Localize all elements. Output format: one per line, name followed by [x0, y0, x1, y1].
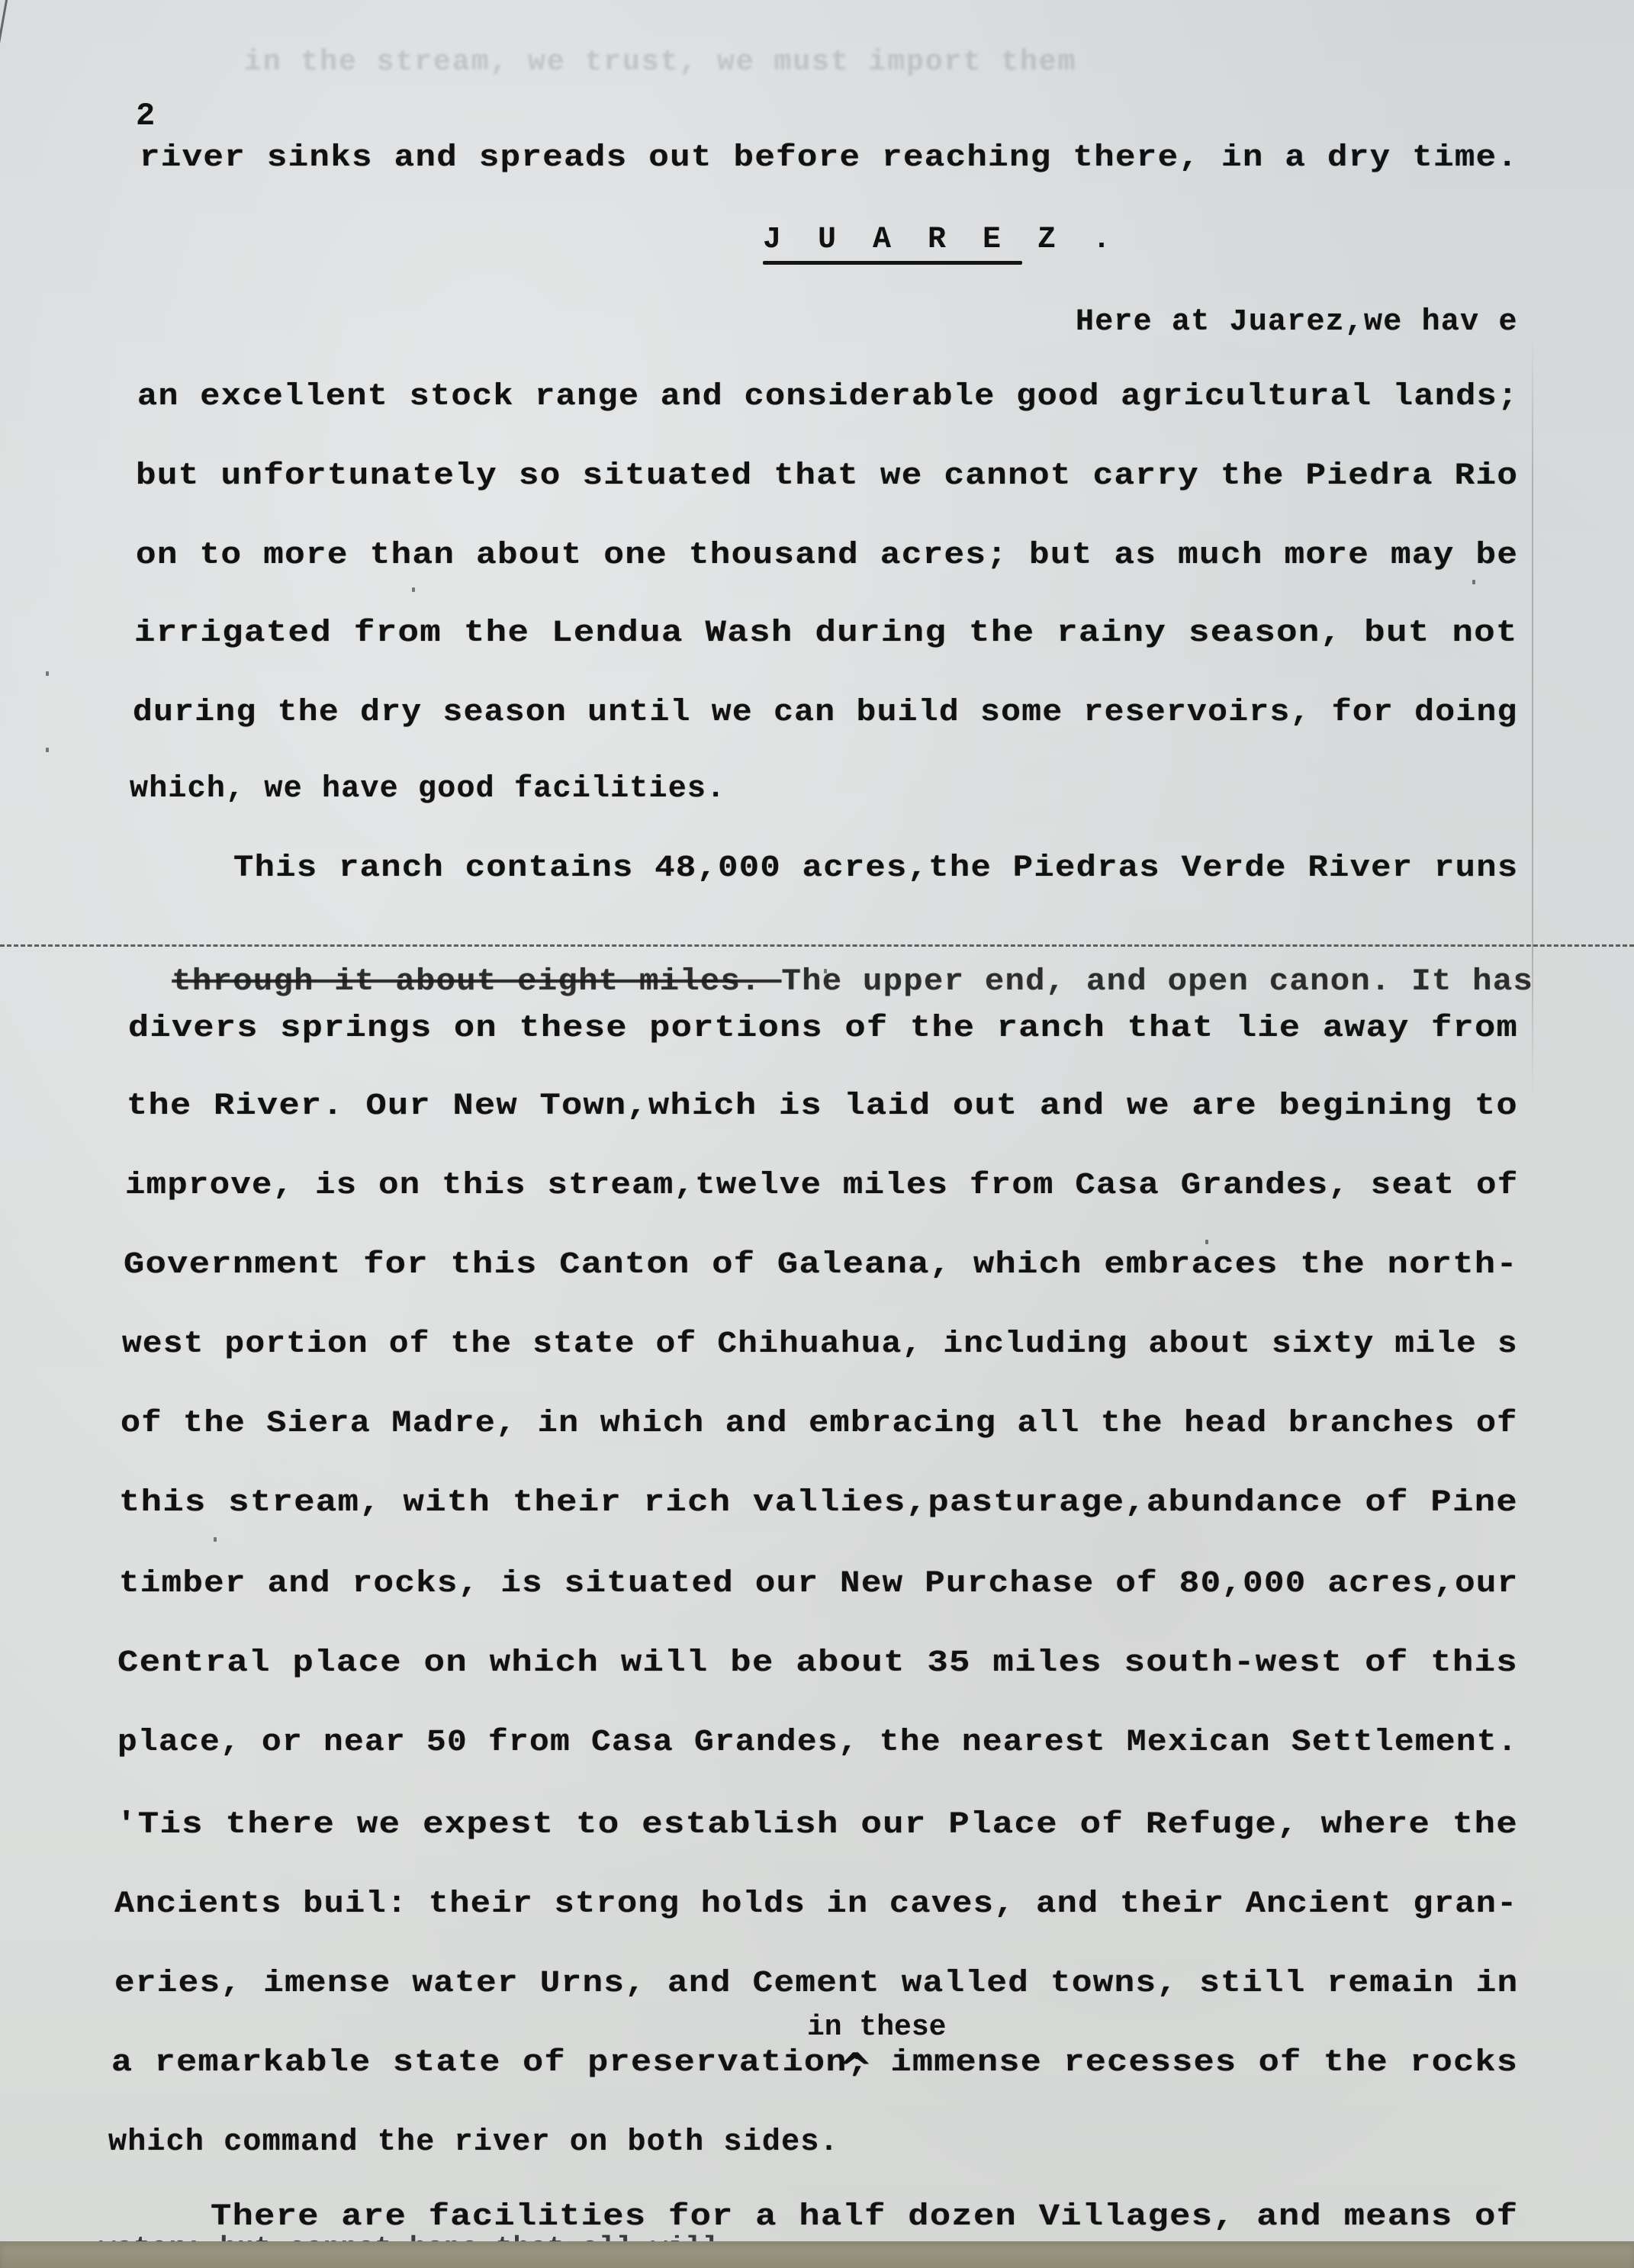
text-line: irrigated from the Lendua Wash during th… — [134, 616, 1518, 651]
text-line: river sinks and spreads out before reach… — [140, 141, 1518, 175]
bleed-through-text: in the stream, we trust, we must import … — [244, 46, 1076, 79]
text-line: 'Tis there we expest to establish our Pl… — [116, 1808, 1518, 1842]
ink-speck — [824, 969, 827, 973]
text-line: during the dry season until we can build… — [133, 696, 1518, 730]
text-line: Central place on which will be about 35 … — [117, 1646, 1518, 1681]
text-line: place, or near 50 from Casa Grandes, the… — [117, 1726, 1518, 1760]
text-line: west portion of the state of Chihuahua, … — [122, 1327, 1518, 1362]
text-line: which, we have good facilities. — [130, 772, 725, 806]
text-line: this stream, with their rich vallies,pas… — [119, 1486, 1518, 1520]
text-line: on to more than about one thousand acres… — [136, 539, 1518, 573]
struck-text-line: through it about eight miles. The upper … — [131, 931, 1533, 999]
text-line: This ranch contains 48,000 acres,the Pie… — [233, 851, 1518, 886]
page-number: 2 — [136, 98, 155, 134]
text-line: of the Siera Madre, in which and embraci… — [121, 1407, 1518, 1441]
text-line: Here at Juarez,we hav e — [1076, 305, 1518, 339]
text-line: but unfortunately so situated that we ca… — [136, 459, 1518, 494]
ink-speck — [46, 748, 49, 752]
text-line: an excellent stock range and considerabl… — [137, 380, 1519, 414]
section-heading: J U A R E Z . — [763, 223, 1120, 257]
text-line: divers springs on these portions of the … — [128, 1012, 1518, 1046]
insertion-caret-icon: ^ — [838, 2044, 873, 2094]
text-line: There are facilities for a half dozen Vi… — [211, 2200, 1518, 2234]
text-line: a remarkable state of preservation; imme… — [111, 2046, 1518, 2080]
text-line: timber and rocks, is situated our New Pu… — [119, 1567, 1519, 1601]
heading-underline — [763, 261, 1022, 265]
ink-speck — [46, 671, 49, 676]
handwritten-insertion: in these — [807, 2011, 946, 2044]
struck-line-remainder: The upper end, and open canon. It has — [781, 965, 1533, 999]
ink-speck — [214, 1537, 217, 1542]
text-line: Ancients buil: their strong holds in cav… — [114, 1887, 1518, 1922]
ink-speck — [1205, 1240, 1208, 1244]
struck-out-text: through it about eight miles. — [172, 965, 781, 999]
text-line: improve, is on this stream,twelve miles … — [125, 1169, 1519, 1203]
text-line: eries, imense water Urns, and Cement wal… — [114, 1967, 1519, 2001]
text-line: which command the river on both sides. — [108, 2125, 839, 2160]
text-line: Government for this Canton of Galeana, w… — [124, 1248, 1518, 1282]
ink-speck — [1472, 580, 1475, 584]
text-line: the River. Our New Town,which is laid ou… — [127, 1089, 1518, 1124]
ink-speck — [412, 587, 415, 592]
desk-surface — [0, 2241, 1634, 2268]
